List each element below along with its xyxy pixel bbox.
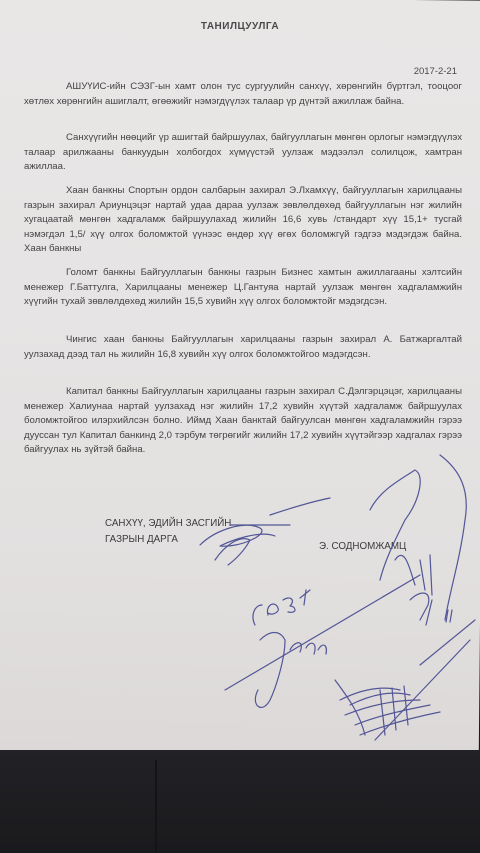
paper-sheet [0, 0, 480, 763]
signatory-name: Э. СОДНОМЖАМЦ [319, 541, 406, 552]
paragraph-intro: АШУҮИС-ийн СЭЗГ-ын хамт олон тус сургуул… [24, 80, 462, 109]
desk-seam [155, 760, 157, 853]
document-date: 2017-2-21 [414, 66, 457, 77]
paragraph-chinggis-bank: Чингис хаан банкны Байгууллагын харилцаа… [24, 333, 462, 362]
document-title: ТАНИЛЦУУЛГА [0, 21, 480, 32]
paragraph-finance: Санхүүгийн нөөцийг үр ашигтай байршуулах… [24, 131, 462, 175]
desk-surface [0, 750, 480, 853]
signatory-position-line1: САНХҮҮ, ЭДИЙН ЗАСГИЙН [105, 516, 231, 532]
signatory-position-line2: ГАЗРЫН ДАРГА [105, 532, 231, 548]
paragraph-golomt-bank: Голомт банкны Байгууллагын банкны газрын… [24, 266, 462, 310]
paragraph-capital-bank: Капитал банкны Байгууллагын харилцааны г… [24, 385, 462, 458]
signatory-position: САНХҮҮ, ЭДИЙН ЗАСГИЙН ГАЗРЫН ДАРГА [105, 516, 231, 548]
paragraph-khan-bank: Хаан банкны Спортын ордон салбарын захир… [24, 184, 462, 257]
